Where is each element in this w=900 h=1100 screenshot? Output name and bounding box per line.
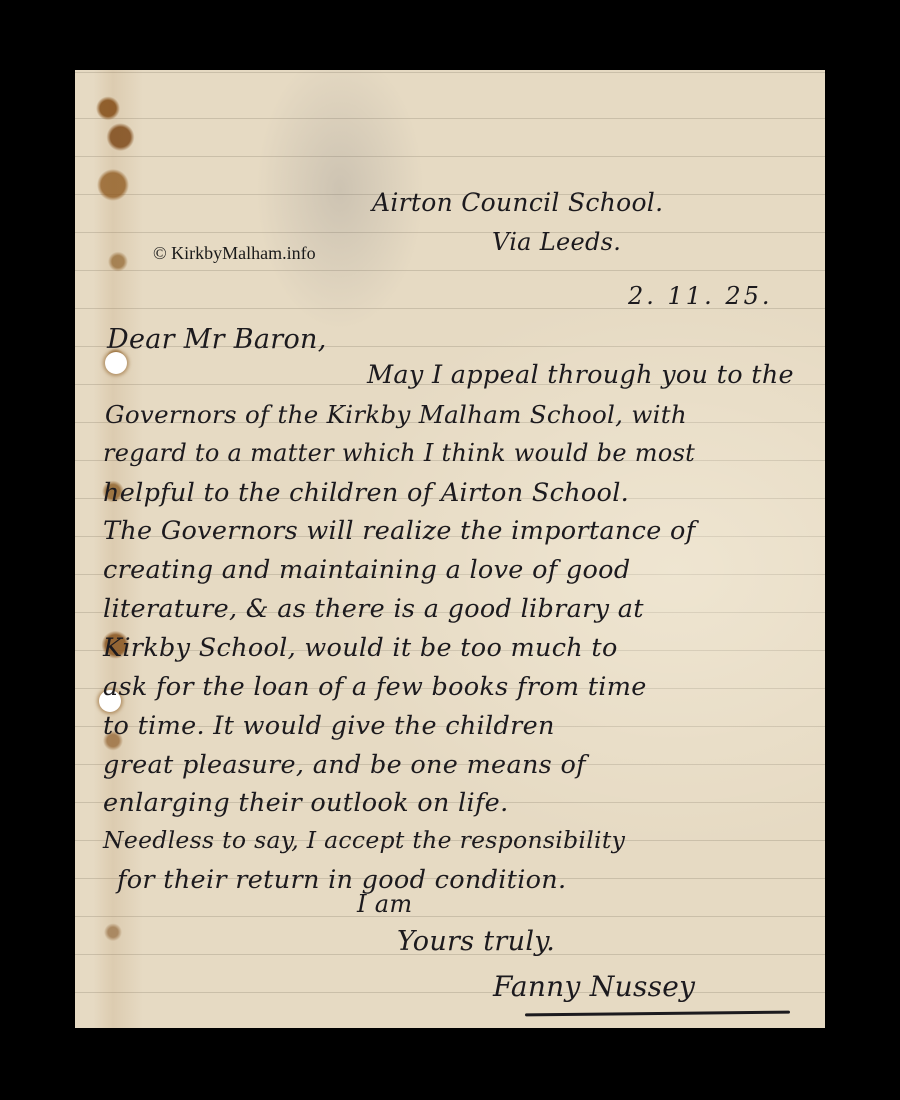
closing-i-am: I am: [357, 890, 412, 918]
body-line: Needless to say, I accept the responsibi…: [103, 826, 625, 854]
letter-paper: © KirkbyMalham.info Airton Council Schoo…: [75, 70, 825, 1028]
body-line: for their return in good condition.: [117, 865, 566, 895]
punch-hole: [105, 352, 127, 374]
body-line: regard to a matter which I think would b…: [103, 439, 695, 467]
body-line: great pleasure, and be one means of: [103, 750, 586, 780]
letter-date: 2. 11. 25.: [628, 282, 773, 310]
body-line: to time. It would give the children: [103, 711, 555, 741]
body-line: Governors of the Kirkby Malham School, w…: [105, 400, 687, 429]
copyright-watermark: © KirkbyMalham.info: [153, 243, 316, 264]
signature: Fanny Nussey: [493, 970, 695, 1003]
body-line: literature, & as there is a good library…: [103, 594, 644, 624]
closing-yours-truly: Yours truly.: [397, 926, 555, 957]
signature-underline: [525, 1011, 790, 1017]
body-line: ask for the loan of a few books from tim…: [103, 672, 647, 702]
body-line: helpful to the children of Airton School…: [103, 478, 629, 508]
sender-address-line2: Via Leeds.: [492, 228, 621, 256]
body-line: May I appeal through you to the: [367, 360, 794, 390]
body-line: The Governors will realize the importanc…: [103, 516, 695, 546]
body-line: creating and maintaining a love of good: [103, 555, 630, 585]
body-line: Kirkby School, would it be too much to: [103, 633, 618, 663]
body-line: enlarging their outlook on life.: [103, 788, 508, 818]
sender-address-line1: Airton Council School.: [372, 188, 663, 217]
salutation: Dear Mr Baron,: [107, 324, 327, 355]
